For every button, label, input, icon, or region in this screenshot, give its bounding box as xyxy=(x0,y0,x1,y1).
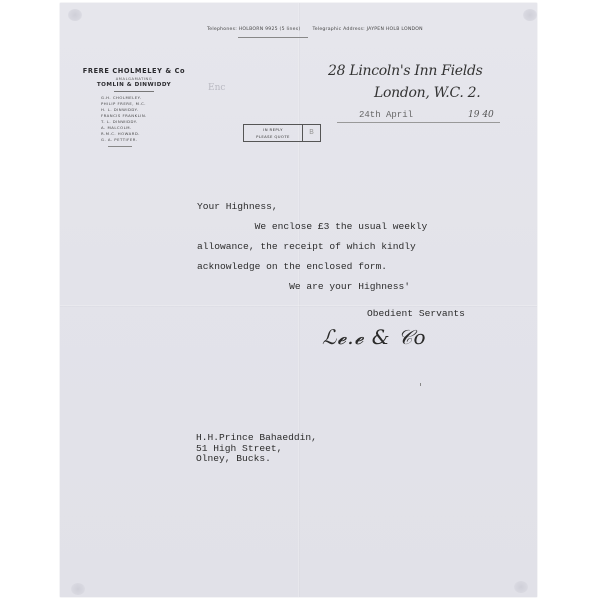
telephone-text: Telephones: HOLBORN 9925 (5 lines) xyxy=(207,27,300,32)
contact-line: Telephones: HOLBORN 9925 (5 lines)Telegr… xyxy=(207,27,507,32)
address-line-2: London, W.C. 2. xyxy=(374,85,502,101)
corner-mark xyxy=(514,581,528,593)
ink-speck xyxy=(420,383,421,386)
telegraphic-text: Telegraphic Address: JAYPEN HOLB LONDON xyxy=(312,27,422,32)
enc-stamp: Enc xyxy=(208,83,225,93)
reference-label-line: PLEASE QUOTE xyxy=(244,133,302,140)
salutation: Your Highness, xyxy=(197,197,427,217)
reference-value: B xyxy=(303,125,320,141)
tomlin-name: TOMLIN & DINWIDDY xyxy=(74,82,194,88)
body-line: allowance, the receipt of which kindly xyxy=(197,237,427,257)
reference-label-line: IN REPLY xyxy=(244,126,302,133)
signature: ℒ𝓮.𝓮 & 𝒞𝑜 xyxy=(322,325,427,349)
body-line: We are your Highness' xyxy=(197,277,427,297)
address-line-1: 28 Lincoln's Inn Fields xyxy=(328,63,502,79)
horizontal-fold xyxy=(60,305,537,307)
divider xyxy=(114,91,154,92)
reference-label: IN REPLY PLEASE QUOTE xyxy=(244,125,303,141)
vertical-fold xyxy=(298,3,300,597)
corner-mark xyxy=(68,9,82,21)
letter-body: Your Highness, We enclose £3 the usual w… xyxy=(197,197,427,297)
date-line: 24th April 19 40 xyxy=(337,112,500,123)
body-line: We enclose £3 the usual weekly xyxy=(197,217,427,237)
date-day-month: 24th April xyxy=(359,110,413,120)
firm-block: FRERE CHOLMELEY & Co AMALGAMATING TOMLIN… xyxy=(74,67,194,147)
corner-mark xyxy=(523,9,537,21)
body-line: acknowledge on the enclosed form. xyxy=(197,257,427,277)
letter-sheet: Telephones: HOLBORN 9925 (5 lines)Telegr… xyxy=(60,3,537,597)
firm-name: FRERE CHOLMELEY & Co xyxy=(74,67,194,75)
partner: G. A. PETTIFER. xyxy=(101,137,194,143)
firm-address: 28 Lincoln's Inn Fields London, W.C. 2. xyxy=(322,63,502,101)
amalgamating-label: AMALGAMATING xyxy=(74,77,194,81)
recipient-address: H.H.Prince Bahaeddin,51 High Street,Olne… xyxy=(196,433,317,465)
closing: Obedient Servants xyxy=(367,308,465,319)
divider xyxy=(238,37,308,38)
partners-list: G.H. CHOLMELEY. PHILIP FRERE, M.C. H. L.… xyxy=(74,95,194,143)
date-year: 19 40 xyxy=(468,110,494,120)
divider xyxy=(108,146,132,147)
recipient-line: H.H.Prince Bahaeddin, xyxy=(196,433,317,444)
corner-mark xyxy=(71,583,85,595)
recipient-line: Olney, Bucks. xyxy=(196,454,317,465)
reference-box: IN REPLY PLEASE QUOTE B xyxy=(243,124,321,142)
